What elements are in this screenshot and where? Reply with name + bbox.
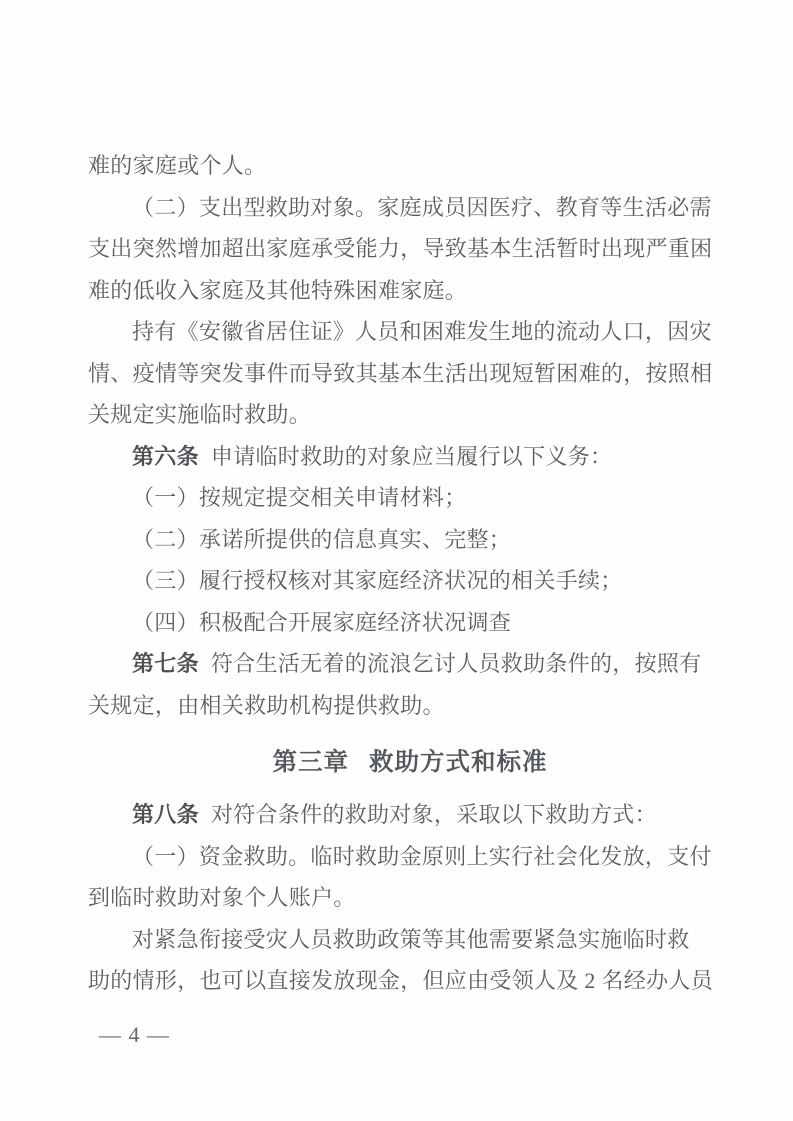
- article-line: 第七条符合生活无着的流浪乞讨人员救助条件的，按照有: [88, 643, 710, 685]
- text-line: 情、疫情等突发事件而导致其基本生活出现短暂困难的，按照相: [88, 353, 710, 395]
- page-number: — 4 —: [99, 1022, 170, 1048]
- article-line: 第六条申请临时救助的对象应当履行以下义务：: [88, 436, 710, 478]
- article-number: 第七条: [132, 651, 199, 676]
- chapter-heading: 第三章救助方式和标准: [88, 740, 710, 786]
- text-line: （一）按规定提交相关申请材料；: [88, 477, 710, 519]
- text-line: （一）资金救助。临时救助金原则上实行社会化发放，支付: [88, 836, 710, 878]
- article-number: 第八条: [132, 802, 199, 827]
- text-line: 到临时救助对象个人账户。: [88, 877, 710, 919]
- text-line: 助的情形，也可以直接发放现金，但应由受领人及 2 名经办人员: [88, 960, 710, 1002]
- chapter-title: 救助方式和标准: [369, 749, 548, 776]
- text-line: 难的家庭或个人。: [88, 145, 710, 187]
- text-line: （三）履行授权核对其家庭经济状况的相关手续；: [88, 560, 710, 602]
- chapter-number: 第三章: [273, 749, 350, 776]
- text-line: 关规定实施临时救助。: [88, 394, 710, 436]
- article-number: 第六条: [132, 444, 199, 469]
- text-line: （二）承诺所提供的信息真实、完整；: [88, 519, 710, 561]
- article-text: 对符合条件的救助对象，采取以下救助方式：: [211, 802, 657, 827]
- text-line: 关规定，由相关救助机构提供救助。: [88, 685, 710, 727]
- text-line: （二）支出型救助对象。家庭成员因医疗、教育等生活必需: [88, 187, 710, 229]
- document-body: 难的家庭或个人。 （二）支出型救助对象。家庭成员因医疗、教育等生活必需 支出突然…: [88, 145, 710, 1002]
- text-line: 持有《安徽省居住证》人员和困难发生地的流动人口，因灾: [88, 311, 710, 353]
- document-page: 难的家庭或个人。 （二）支出型救助对象。家庭成员因医疗、教育等生活必需 支出突然…: [0, 0, 793, 1121]
- text-line: 对紧急衔接受灾人员救助政策等其他需要紧急实施临时救: [88, 919, 710, 961]
- article-text: 申请临时救助的对象应当履行以下义务：: [211, 444, 612, 469]
- article-text: 符合生活无着的流浪乞讨人员救助条件的，按照有: [211, 651, 702, 676]
- text-line: （四）积极配合开展家庭经济状况调查: [88, 602, 710, 644]
- text-line: 支出突然增加超出家庭承受能力，导致基本生活暂时出现严重困: [88, 228, 710, 270]
- text-line: 难的低收入家庭及其他特殊困难家庭。: [88, 270, 710, 312]
- article-line: 第八条对符合条件的救助对象，采取以下救助方式：: [88, 794, 710, 836]
